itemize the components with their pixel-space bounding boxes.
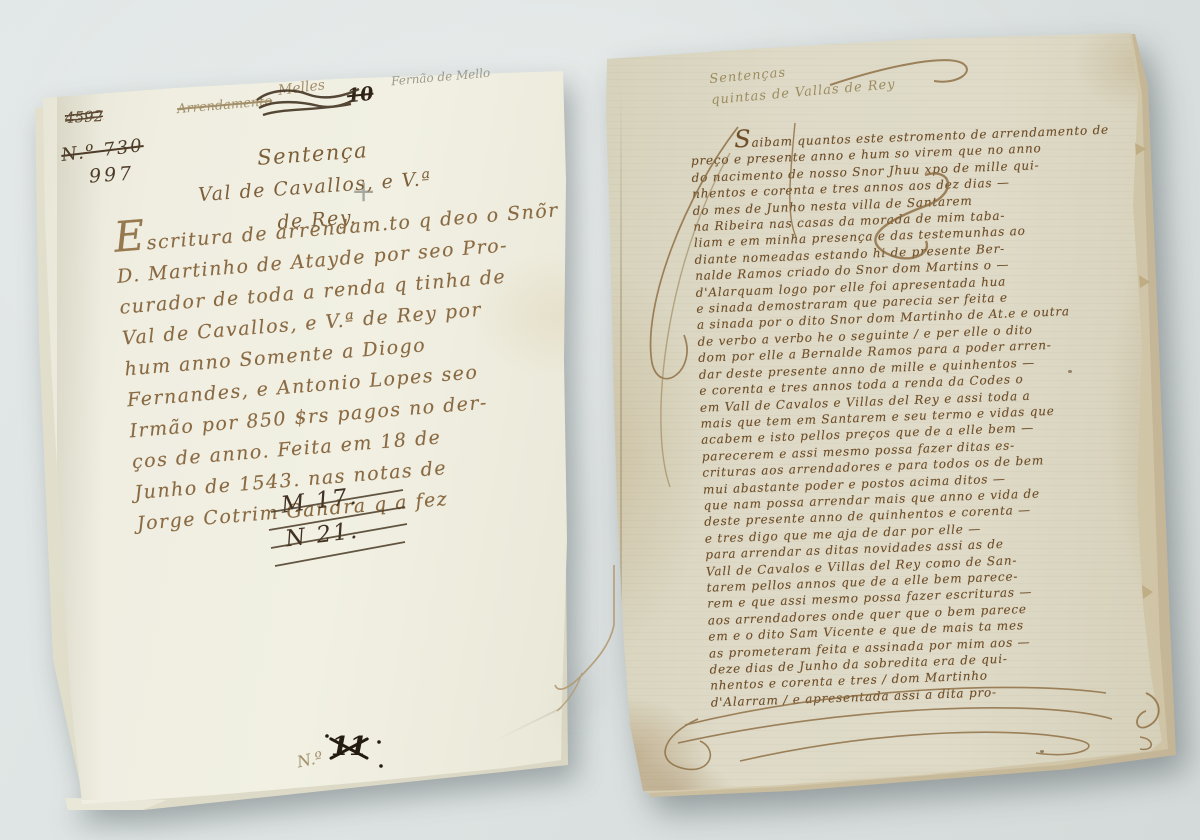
new-file-number: 997 bbox=[88, 162, 135, 187]
scratched-archive-number: 4592 bbox=[65, 107, 104, 127]
right-manuscript-document: Sentençasquintas de Vallas de Rey Saibam… bbox=[590, 25, 1185, 815]
struck-registry-marks: M 17.N 21. bbox=[279, 480, 364, 557]
ink-speck bbox=[1040, 750, 1044, 753]
right-document-body-text: Saibam quantos este estromento de arrend… bbox=[690, 119, 1135, 710]
photograph-of-manuscripts: 4592 N.º 730 997 Arrendamento Melles 10 … bbox=[0, 0, 1200, 840]
bold-struck-number-10: 10 bbox=[346, 83, 375, 108]
left-document-body-text: Escritura de arrendam.to q deo o SnõrD. … bbox=[113, 187, 615, 540]
left-manuscript-document: 4592 N.º 730 997 Arrendamento Melles 10 … bbox=[35, 60, 600, 810]
bottom-mark-number-11: 11 bbox=[331, 732, 367, 762]
